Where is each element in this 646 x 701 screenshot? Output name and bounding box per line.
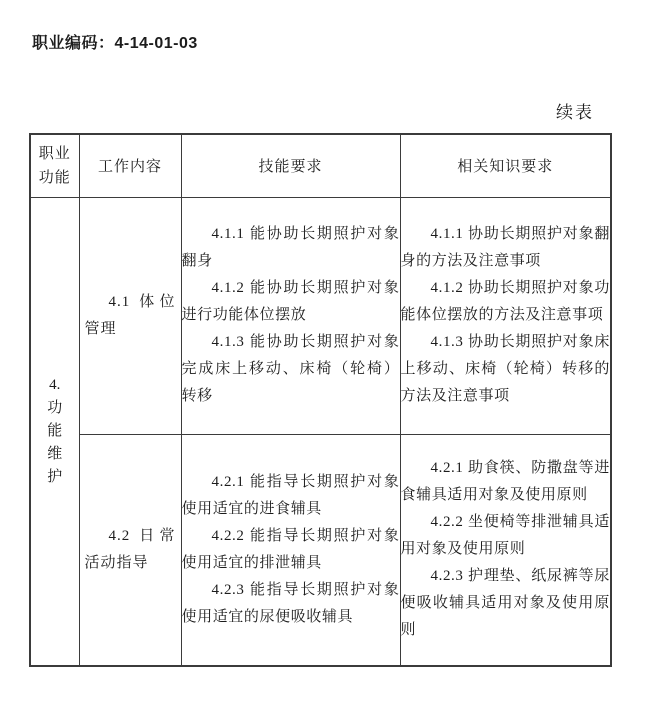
- skill-item: 4.2.2 能指导长期照护对象使用适宜的排泄辅具: [182, 523, 400, 577]
- knowledge-item: 4.2.3 护理垫、纸尿裤等尿便吸收辅具适用对象及使用原则: [401, 563, 611, 644]
- work-content-text: 4.2 日常活动指导: [80, 523, 181, 577]
- skill-item: 4.1.1 能协助长期照护对象翻身: [182, 221, 400, 275]
- table-row-daily-activity-guidance: 4.2 日常活动指导 4.2.1 能指导长期照护对象使用适宜的进食辅具 4.2.…: [30, 434, 611, 666]
- skill-item: 4.1.2 能协助长期照护对象进行功能体位摆放: [182, 275, 400, 329]
- table-header-row: 职业 功能 工作内容 技能要求 相关知识要求: [30, 134, 611, 197]
- header-work-content: 工作内容: [79, 134, 181, 197]
- header-occupational-function: 职业 功能: [30, 134, 79, 197]
- skill-item: 4.2.1 能指导长期照护对象使用适宜的进食辅具: [182, 469, 400, 523]
- cell-work-content-4-1: 4.1 体位管理: [79, 197, 181, 434]
- knowledge-item: 4.2.2 坐便椅等排泄辅具适用对象及使用原则: [401, 509, 611, 563]
- function-line-char4: 护: [31, 466, 79, 489]
- header-occupational-function-line2: 功能: [31, 166, 79, 190]
- knowledge-item: 4.1.2 协助长期照护对象功能体位摆放的方法及注意事项: [401, 275, 611, 329]
- skill-item: 4.1.3 能协助长期照护对象完成床上移动、床椅（轮椅）转移: [182, 329, 400, 410]
- table-row-position-management: 4. 功 能 维 护 4.1 体位管理 4.1.1 能协助长期照护对象翻身 4.…: [30, 197, 611, 434]
- cell-knowledge-requirements-4-1: 4.1.1 协助长期照护对象翻身的方法及注意事项 4.1.2 协助长期照护对象功…: [400, 197, 611, 434]
- header-skill-requirements: 技能要求: [181, 134, 400, 197]
- function-line-char1: 功: [31, 397, 79, 420]
- cell-skill-requirements-4-1: 4.1.1 能协助长期照护对象翻身 4.1.2 能协助长期照护对象进行功能体位摆…: [181, 197, 400, 434]
- requirements-table: 职业 功能 工作内容 技能要求 相关知识要求 4. 功 能 维 护 4.1 体位…: [29, 133, 612, 667]
- knowledge-item: 4.1.3 协助长期照护对象床上移动、床椅（轮椅）转移的方法及注意事项: [401, 329, 611, 410]
- header-knowledge-requirements: 相关知识要求: [400, 134, 611, 197]
- work-content-text: 4.1 体位管理: [80, 289, 181, 343]
- knowledge-item: 4.2.1 助食筷、防撒盘等进食辅具适用对象及使用原则: [401, 455, 611, 509]
- cell-work-content-4-2: 4.2 日常活动指导: [79, 434, 181, 666]
- continued-table-label: 续表: [556, 98, 594, 123]
- cell-function-maintenance: 4. 功 能 维 护: [30, 197, 79, 666]
- cell-skill-requirements-4-2: 4.2.1 能指导长期照护对象使用适宜的进食辅具 4.2.2 能指导长期照护对象…: [181, 434, 400, 666]
- function-line-number: 4.: [31, 374, 79, 397]
- function-line-char3: 维: [31, 443, 79, 466]
- function-line-char2: 能: [31, 420, 79, 443]
- header-occupational-function-line1: 职业: [31, 142, 79, 166]
- cell-knowledge-requirements-4-2: 4.2.1 助食筷、防撒盘等进食辅具适用对象及使用原则 4.2.2 坐便椅等排泄…: [400, 434, 611, 666]
- skill-item: 4.2.3 能指导长期照护对象使用适宜的尿便吸收辅具: [182, 577, 400, 631]
- document-page: 职业编码：4-14-01-03 续表 职业 功能 工作内容 技能要求 相关知识要…: [0, 0, 646, 701]
- knowledge-item: 4.1.1 协助长期照护对象翻身的方法及注意事项: [401, 221, 611, 275]
- occupation-code-label: 职业编码：4-14-01-03: [32, 30, 198, 53]
